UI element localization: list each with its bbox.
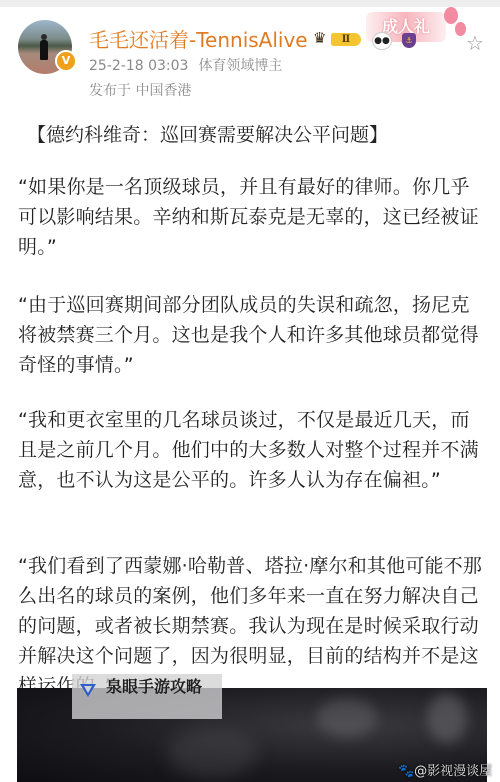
post-paragraph: “由于巡回赛期间部分团队成员的失误和疏忽，扬尼克将被禁赛三个月。这也是我个人和许…	[18, 290, 488, 380]
star-icon[interactable]: ☆	[466, 33, 484, 53]
video-blur-shape	[167, 728, 257, 778]
video-credit: 🐾@影视漫谈屋	[398, 760, 492, 779]
video-blur-shape	[317, 698, 377, 738]
avatar-figure	[40, 40, 48, 60]
post-paragraph: “如果你是一名顶级球员，并且有最好的律师。你几乎可以影响结果。辛纳和斯瓦泰克是无…	[18, 172, 488, 262]
author-name[interactable]: 毛毛还活着-TennisAlive	[89, 24, 308, 53]
post-paragraph: “我和更衣室里的几名球员谈过，不仅是最近几天，而且是之前几个月。他们中的大多数人…	[18, 405, 488, 495]
video-blur-shape	[427, 693, 467, 743]
level-pill: Ⅱ	[331, 33, 361, 46]
balloon-icon	[455, 22, 466, 36]
watermark-logo-inner	[84, 686, 92, 693]
author-tag: 体育领域博主	[198, 58, 282, 74]
member-level-badge[interactable]: ♛ Ⅱ	[313, 29, 365, 49]
post-meta: 25-2-18 03:03体育领域博主	[89, 55, 282, 75]
post-location: 发布于 中国香港	[89, 80, 191, 100]
post-title: 【德约科维奇：巡回赛需要解决公平问题】	[27, 120, 388, 147]
timestamp: 25-2-18 03:03	[89, 58, 188, 74]
panda-icon: ●●	[372, 32, 392, 50]
balloon-icon	[444, 7, 458, 24]
top-divider	[0, 0, 500, 7]
shield-badge-icon: ⚓	[402, 33, 416, 48]
verified-icon: V	[55, 50, 77, 72]
watermark-text: 泉眼手游攻略	[106, 674, 202, 697]
crown-icon: ♛	[313, 29, 333, 47]
